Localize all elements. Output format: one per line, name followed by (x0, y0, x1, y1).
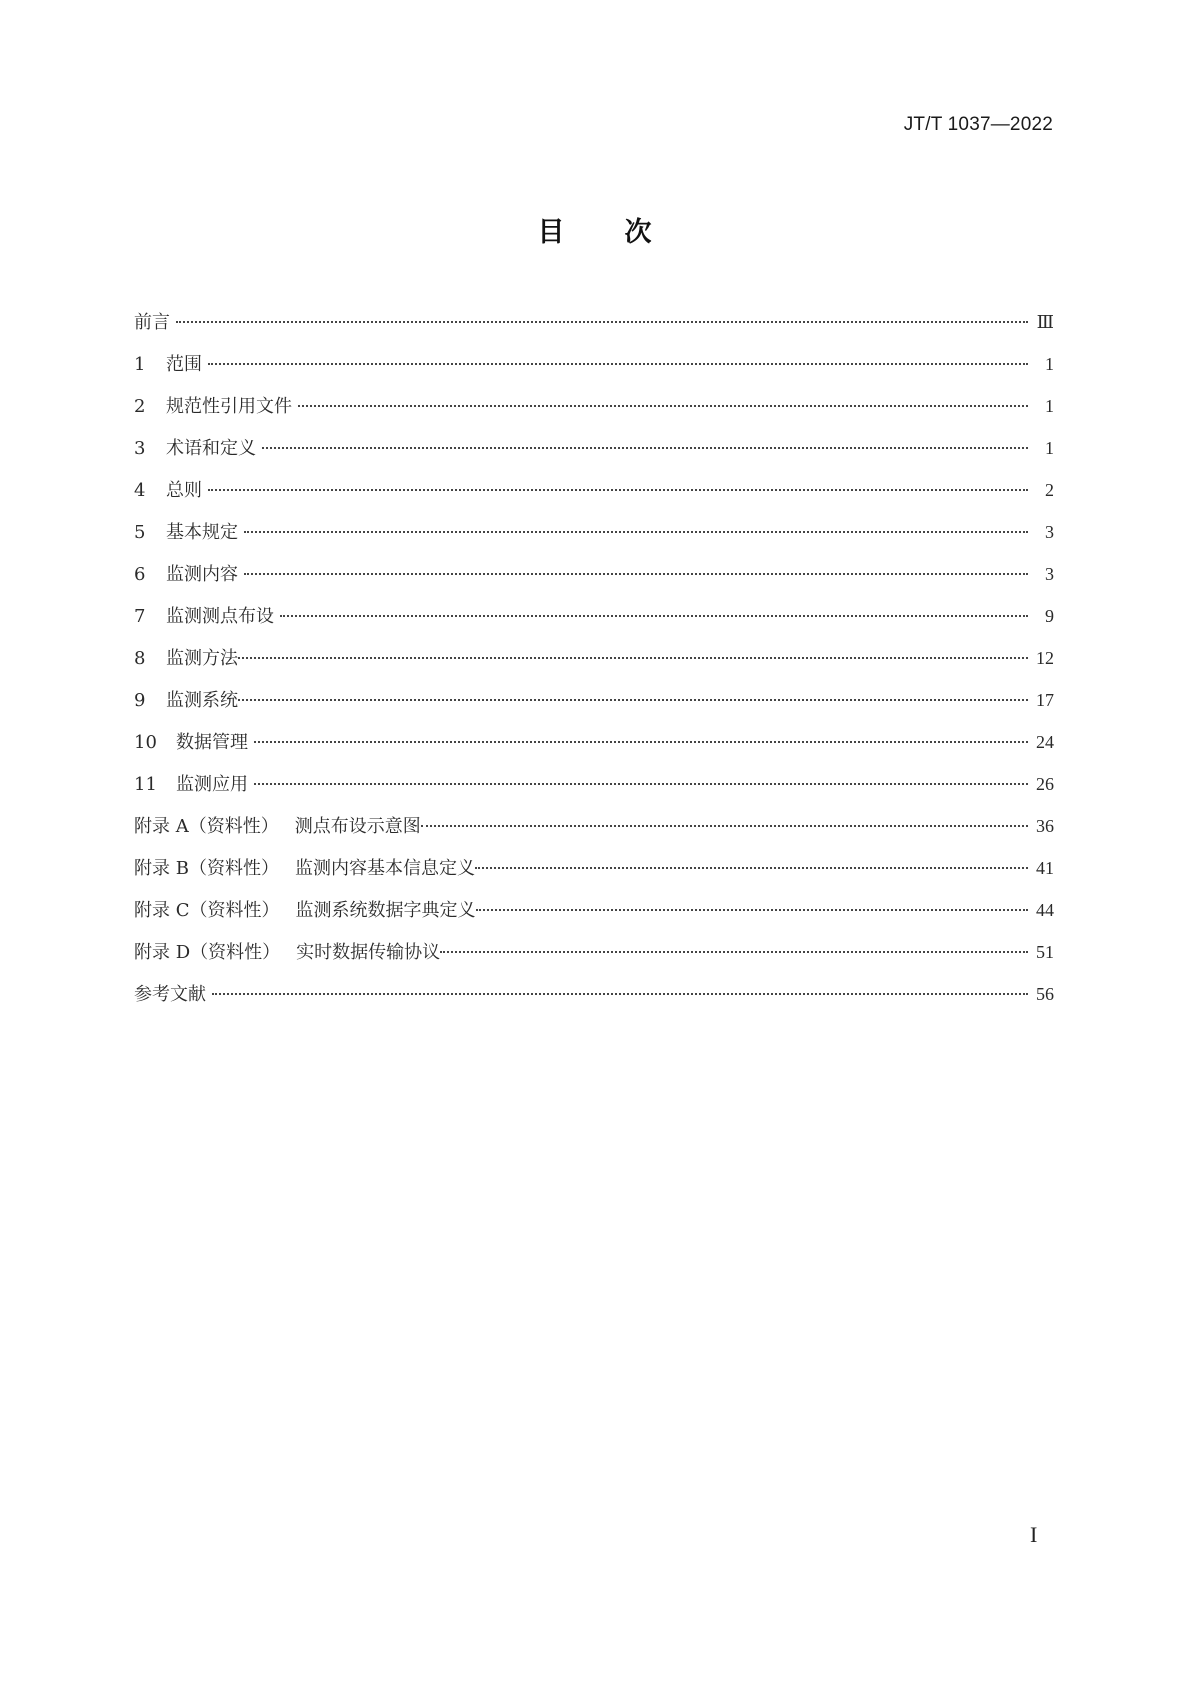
toc-number: 6 (134, 564, 166, 585)
toc-label: 参考文献 (134, 980, 206, 1006)
toc-number: 9 (134, 690, 166, 711)
dot-leader (238, 656, 1028, 659)
toc-page: 41 (1034, 858, 1054, 879)
toc-page: 12 (1034, 648, 1054, 669)
dot-leader (475, 866, 1028, 869)
toc-entry-appendix-a[interactable]: 附录 A（资料性） 测点布设示意图 36 (134, 812, 1054, 854)
toc-number: 3 (134, 438, 166, 459)
toc-entry-8[interactable]: 8 监测方法 12 (134, 644, 1054, 686)
toc-number: 1 (134, 354, 166, 375)
toc-entry-appendix-b[interactable]: 附录 B（资料性） 监测内容基本信息定义 41 (134, 854, 1054, 896)
toc-page: 24 (1034, 732, 1054, 753)
dot-leader (262, 446, 1028, 449)
toc-page: 56 (1034, 984, 1054, 1005)
toc-entry-4[interactable]: 4 总则 2 (134, 476, 1054, 518)
toc-label: 监测测点布设 (166, 602, 274, 628)
dot-leader (238, 698, 1028, 701)
toc-label: 规范性引用文件 (166, 392, 292, 418)
toc-page: 51 (1034, 942, 1054, 963)
toc-page: 36 (1034, 816, 1054, 837)
toc-page: 44 (1034, 900, 1054, 921)
toc-number: 4 (134, 480, 166, 501)
toc-page: 1 (1034, 438, 1054, 459)
toc-label: 测点布设示意图 (295, 812, 421, 838)
toc-entry-3[interactable]: 3 术语和定义 1 (134, 434, 1054, 476)
table-of-contents: 前言 Ⅲ 1 范围 1 2 规范性引用文件 1 3 术语和定义 1 4 总则 2… (134, 308, 1054, 1022)
title-char-2: 次 (625, 210, 652, 249)
toc-appendix-label: 附录 A（资料性） (134, 812, 279, 838)
dot-leader (254, 782, 1028, 785)
toc-label: 实时数据传输协议 (296, 938, 440, 964)
toc-entry-foreword[interactable]: 前言 Ⅲ (134, 308, 1054, 350)
dot-leader (421, 824, 1028, 827)
toc-entry-9[interactable]: 9 监测系统 17 (134, 686, 1054, 728)
toc-label: 监测内容基本信息定义 (295, 854, 475, 880)
toc-number: 8 (134, 648, 166, 669)
dot-leader (440, 950, 1028, 953)
toc-label: 监测内容 (166, 560, 238, 586)
standard-code: JT/T 1037—2022 (904, 114, 1053, 136)
dot-leader (244, 572, 1028, 575)
toc-page: 2 (1034, 480, 1054, 501)
dot-leader (476, 908, 1029, 911)
toc-page: Ⅲ (1034, 312, 1054, 333)
toc-entry-11[interactable]: 11 监测应用 26 (134, 770, 1054, 812)
dot-leader (254, 740, 1028, 743)
toc-number: 2 (134, 396, 166, 417)
toc-entry-appendix-d[interactable]: 附录 D（资料性） 实时数据传输协议 51 (134, 938, 1054, 980)
toc-label: 基本规定 (166, 518, 238, 544)
dot-leader (244, 530, 1028, 533)
toc-page: 3 (1034, 564, 1054, 585)
toc-page: 1 (1034, 396, 1054, 417)
dot-leader (208, 488, 1028, 491)
toc-number: 5 (134, 522, 166, 543)
toc-label: 术语和定义 (166, 434, 256, 460)
title-char-1: 目 (538, 210, 565, 249)
toc-appendix-label: 附录 B（资料性） (134, 854, 279, 880)
toc-page: 26 (1034, 774, 1054, 795)
toc-number: 10 (134, 732, 176, 753)
page-number: I (1030, 1522, 1037, 1548)
toc-label: 监测系统 (166, 686, 238, 712)
toc-entry-6[interactable]: 6 监测内容 3 (134, 560, 1054, 602)
toc-label: 数据管理 (176, 728, 248, 754)
toc-entry-2[interactable]: 2 规范性引用文件 1 (134, 392, 1054, 434)
dot-leader (280, 614, 1028, 617)
toc-label: 总则 (166, 476, 202, 502)
toc-page: 9 (1034, 606, 1054, 627)
toc-label: 前言 (134, 308, 170, 334)
toc-label: 范围 (166, 350, 202, 376)
toc-page: 3 (1034, 522, 1054, 543)
toc-entry-7[interactable]: 7 监测测点布设 9 (134, 602, 1054, 644)
toc-entry-5[interactable]: 5 基本规定 3 (134, 518, 1054, 560)
toc-number: 11 (134, 774, 176, 795)
toc-entry-10[interactable]: 10 数据管理 24 (134, 728, 1054, 770)
toc-entry-references[interactable]: 参考文献 56 (134, 980, 1054, 1022)
dot-leader (212, 992, 1028, 995)
toc-appendix-label: 附录 D（资料性） (134, 938, 280, 964)
toc-page: 17 (1034, 690, 1054, 711)
dot-leader (208, 362, 1028, 365)
page-title: 目次 (0, 210, 1189, 249)
toc-label: 监测系统数据字典定义 (296, 896, 476, 922)
toc-label: 监测方法 (166, 644, 238, 670)
toc-appendix-label: 附录 C（资料性） (134, 896, 280, 922)
toc-entry-appendix-c[interactable]: 附录 C（资料性） 监测系统数据字典定义 44 (134, 896, 1054, 938)
dot-leader (298, 404, 1028, 407)
toc-number: 7 (134, 606, 166, 627)
dot-leader (176, 320, 1028, 323)
toc-label: 监测应用 (176, 770, 248, 796)
toc-page: 1 (1034, 354, 1054, 375)
toc-entry-1[interactable]: 1 范围 1 (134, 350, 1054, 392)
